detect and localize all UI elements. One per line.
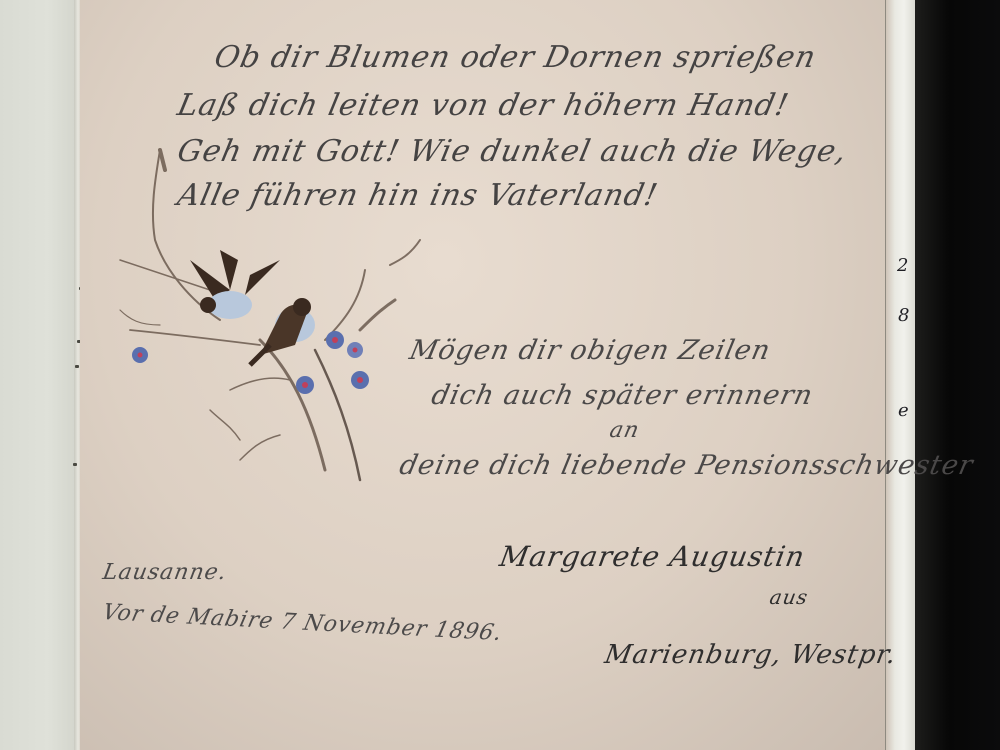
signature-name: Margarete Augustin (497, 540, 808, 573)
poem-line-2: Laß dich leiten von der höhern Hand! (174, 88, 792, 123)
dedication-line-1: Mögen dir obigen Zeilen (407, 335, 774, 366)
bird-flower-illustration (110, 140, 450, 500)
binding-stitch (73, 463, 77, 466)
dedication-line-2: dich auch später erinnern (429, 380, 816, 411)
binding-stitch (75, 365, 79, 368)
margin-mark: e (898, 400, 909, 421)
signature-origin: Marienburg, Westpr. (602, 640, 899, 670)
margin-mark: 8 (898, 305, 909, 326)
place: Lausanne. (101, 560, 229, 585)
facing-left-page (0, 0, 80, 750)
bird-flying (190, 250, 280, 319)
bird-perched (250, 298, 315, 365)
page-stack-edge (885, 0, 916, 750)
dedication-line-3: an (607, 418, 642, 443)
dedication-line-4: deine dich liebende Pensionsschwester (397, 450, 977, 481)
dark-background (915, 0, 1000, 750)
signature-from: aus (768, 585, 810, 609)
poem-line-1: Ob dir Blumen oder Dornen sprießen (211, 40, 819, 75)
margin-mark: 2 (897, 255, 908, 276)
